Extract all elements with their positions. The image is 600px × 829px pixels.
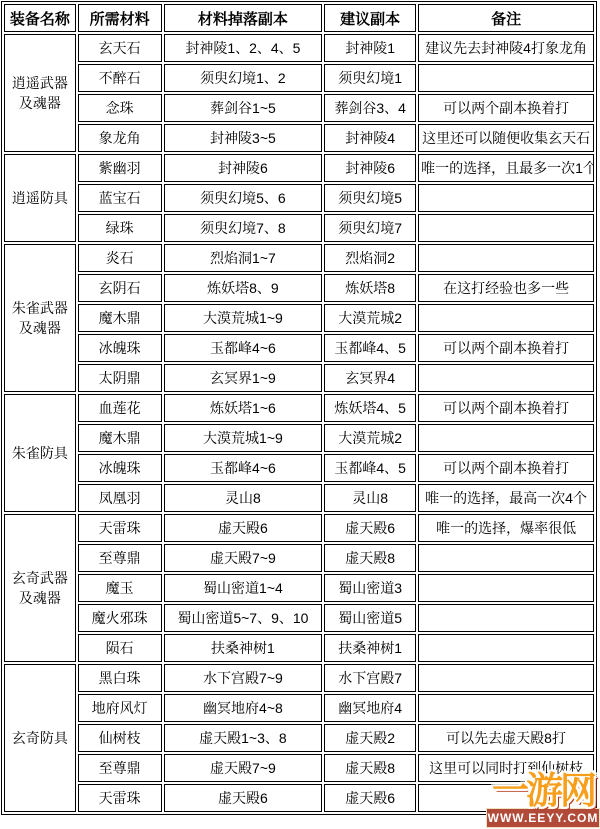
material-cell: 陨石	[78, 634, 162, 662]
table-row: 至尊鼎虚天殿7~9虚天殿8这里可以同时打到仙树枝	[4, 754, 594, 782]
table-row: 天雷珠虚天殿6虚天殿6	[4, 784, 594, 812]
suggested-dungeon-cell: 虚天殿2	[324, 724, 416, 752]
column-header: 所需材料	[78, 4, 162, 32]
material-cell: 炎石	[78, 244, 162, 272]
material-cell: 黑白珠	[78, 664, 162, 692]
table-row: 玄阴石炼妖塔8、9炼妖塔8在这打经验也多一些	[4, 274, 594, 302]
table-row: 念珠葬剑谷1~5葬剑谷3、4可以两个副本换着打	[4, 94, 594, 122]
table-row: 魔木鼎大漠荒城1~9大漠荒城2	[4, 424, 594, 452]
table-header: 装备名称所需材料材料掉落副本建议副本备注	[4, 4, 594, 32]
note-cell	[418, 64, 594, 92]
table-row: 不醉石须臾幻境1、2须臾幻境1	[4, 64, 594, 92]
table-row: 玄奇防具黑白珠水下宫殿7~9水下宫殿7	[4, 664, 594, 692]
note-cell: 唯一的选择，最高一次4个	[418, 484, 594, 512]
material-cell: 念珠	[78, 94, 162, 122]
equipment-group-cell: 玄奇武器及魂器	[4, 514, 76, 662]
note-cell: 可以两个副本换着打	[418, 454, 594, 482]
note-cell	[418, 544, 594, 572]
material-cell: 象龙角	[78, 124, 162, 152]
note-cell	[418, 784, 594, 812]
table-row: 仙树枝虚天殿1~3、8虚天殿2可以先去虚天殿8打	[4, 724, 594, 752]
suggested-dungeon-cell: 虚天殿6	[324, 514, 416, 542]
note-cell: 这里还可以随便收集玄天石	[418, 124, 594, 152]
note-cell: 在这打经验也多一些	[418, 274, 594, 302]
table-row: 地府风灯幽冥地府4~8幽冥地府4	[4, 694, 594, 722]
suggested-dungeon-cell: 玉都峰4、5	[324, 454, 416, 482]
table-row: 玄奇武器及魂器天雷珠虚天殿6虚天殿6唯一的选择，爆率很低	[4, 514, 594, 542]
note-cell	[418, 364, 594, 392]
drop-dungeon-cell: 蜀山密道5~7、9、10	[164, 604, 323, 632]
suggested-dungeon-cell: 虚天殿8	[324, 754, 416, 782]
drop-dungeon-cell: 虚天殿7~9	[164, 544, 323, 572]
material-cell: 魔木鼎	[78, 424, 162, 452]
note-cell	[418, 184, 594, 212]
drop-dungeon-cell: 玄冥界1~9	[164, 364, 323, 392]
note-cell: 唯一的选择，爆率很低	[418, 514, 594, 542]
drop-dungeon-cell: 封神陵1、2、4、5	[164, 34, 323, 62]
material-cell: 至尊鼎	[78, 544, 162, 572]
equipment-group-cell: 逍遥武器及魂器	[4, 34, 76, 152]
suggested-dungeon-cell: 须臾幻境5	[324, 184, 416, 212]
drop-dungeon-cell: 虚天殿1~3、8	[164, 724, 323, 752]
material-cell: 血莲花	[78, 394, 162, 422]
suggested-dungeon-cell: 须臾幻境1	[324, 64, 416, 92]
note-cell	[418, 424, 594, 452]
material-cell: 凤凰羽	[78, 484, 162, 512]
drop-dungeon-cell: 封神陵3~5	[164, 124, 323, 152]
equipment-group-cell: 逍遥防具	[4, 154, 76, 242]
suggested-dungeon-cell: 须臾幻境7	[324, 214, 416, 242]
table-row: 冰魄珠玉都峰4~6玉都峰4、5可以两个副本换着打	[4, 454, 594, 482]
note-cell	[418, 604, 594, 632]
note-cell: 这里可以同时打到仙树枝	[418, 754, 594, 782]
material-cell: 魔玉	[78, 574, 162, 602]
table-row: 逍遥武器及魂器玄天石封神陵1、2、4、5封神陵1建议先去封神陵4打象龙角	[4, 34, 594, 62]
material-cell: 冰魄珠	[78, 454, 162, 482]
material-cell: 太阴鼎	[78, 364, 162, 392]
drop-dungeon-cell: 葬剑谷1~5	[164, 94, 323, 122]
table-row: 蓝宝石须臾幻境5、6须臾幻境5	[4, 184, 594, 212]
drop-dungeon-cell: 须臾幻境7、8	[164, 214, 323, 242]
suggested-dungeon-cell: 葬剑谷3、4	[324, 94, 416, 122]
note-cell	[418, 664, 594, 692]
material-cell: 绿珠	[78, 214, 162, 242]
suggested-dungeon-cell: 蜀山密道5	[324, 604, 416, 632]
material-cell: 玄阴石	[78, 274, 162, 302]
suggested-dungeon-cell: 烈焰洞2	[324, 244, 416, 272]
drop-dungeon-cell: 烈焰洞1~7	[164, 244, 323, 272]
suggested-dungeon-cell: 水下宫殿7	[324, 664, 416, 692]
note-cell	[418, 214, 594, 242]
suggested-dungeon-cell: 炼妖塔8	[324, 274, 416, 302]
table-row: 朱雀武器及魂器炎石烈焰洞1~7烈焰洞2	[4, 244, 594, 272]
note-cell	[418, 304, 594, 332]
suggested-dungeon-cell: 封神陵6	[324, 154, 416, 182]
drop-dungeon-cell: 封神陵6	[164, 154, 323, 182]
material-cell: 玄天石	[78, 34, 162, 62]
table-row: 逍遥防具紫幽羽封神陵6封神陵6唯一的选择，且最多一次1个	[4, 154, 594, 182]
equipment-group-cell: 朱雀防具	[4, 394, 76, 512]
materials-table: 装备名称所需材料材料掉落副本建议副本备注 逍遥武器及魂器玄天石封神陵1、2、4、…	[1, 1, 597, 815]
drop-dungeon-cell: 幽冥地府4~8	[164, 694, 323, 722]
drop-dungeon-cell: 大漠荒城1~9	[164, 304, 323, 332]
suggested-dungeon-cell: 虚天殿8	[324, 544, 416, 572]
note-cell	[418, 694, 594, 722]
suggested-dungeon-cell: 幽冥地府4	[324, 694, 416, 722]
suggested-dungeon-cell: 封神陵4	[324, 124, 416, 152]
drop-dungeon-cell: 扶桑神树1	[164, 634, 323, 662]
header-row: 装备名称所需材料材料掉落副本建议副本备注	[4, 4, 594, 32]
drop-dungeon-cell: 炼妖塔1~6	[164, 394, 323, 422]
note-cell: 唯一的选择，且最多一次1个	[418, 154, 594, 182]
suggested-dungeon-cell: 玉都峰4、5	[324, 334, 416, 362]
drop-dungeon-cell: 蜀山密道1~4	[164, 574, 323, 602]
suggested-dungeon-cell: 大漠荒城2	[324, 424, 416, 452]
material-cell: 天雷珠	[78, 784, 162, 812]
equipment-group-cell: 朱雀武器及魂器	[4, 244, 76, 392]
table-row: 太阴鼎玄冥界1~9玄冥界4	[4, 364, 594, 392]
table-row: 朱雀防具血莲花炼妖塔1~6炼妖塔4、5可以两个副本换着打	[4, 394, 594, 422]
note-cell	[418, 574, 594, 602]
material-cell: 至尊鼎	[78, 754, 162, 782]
drop-dungeon-cell: 玉都峰4~6	[164, 334, 323, 362]
drop-dungeon-cell: 虚天殿6	[164, 784, 323, 812]
note-cell: 可以两个副本换着打	[418, 334, 594, 362]
table-row: 魔玉蜀山密道1~4蜀山密道3	[4, 574, 594, 602]
material-cell: 仙树枝	[78, 724, 162, 752]
note-cell: 可以先去虚天殿8打	[418, 724, 594, 752]
drop-dungeon-cell: 玉都峰4~6	[164, 454, 323, 482]
suggested-dungeon-cell: 虚天殿6	[324, 784, 416, 812]
note-cell	[418, 244, 594, 272]
suggested-dungeon-cell: 灵山8	[324, 484, 416, 512]
material-cell: 蓝宝石	[78, 184, 162, 212]
note-cell: 可以两个副本换着打	[418, 94, 594, 122]
material-cell: 魔木鼎	[78, 304, 162, 332]
note-cell	[418, 634, 594, 662]
suggested-dungeon-cell: 封神陵1	[324, 34, 416, 62]
table-row: 魔火邪珠蜀山密道5~7、9、10蜀山密道5	[4, 604, 594, 632]
material-cell: 天雷珠	[78, 514, 162, 542]
table-row: 凤凰羽灵山8灵山8唯一的选择，最高一次4个	[4, 484, 594, 512]
note-cell: 建议先去封神陵4打象龙角	[418, 34, 594, 62]
table-row: 陨石扶桑神树1扶桑神树1	[4, 634, 594, 662]
drop-dungeon-cell: 大漠荒城1~9	[164, 424, 323, 452]
page: 装备名称所需材料材料掉落副本建议副本备注 逍遥武器及魂器玄天石封神陵1、2、4、…	[0, 0, 600, 829]
table-row: 绿珠须臾幻境7、8须臾幻境7	[4, 214, 594, 242]
material-cell: 冰魄珠	[78, 334, 162, 362]
drop-dungeon-cell: 炼妖塔8、9	[164, 274, 323, 302]
table-row: 至尊鼎虚天殿7~9虚天殿8	[4, 544, 594, 572]
drop-dungeon-cell: 水下宫殿7~9	[164, 664, 323, 692]
column-header: 装备名称	[4, 4, 76, 32]
table-row: 象龙角封神陵3~5封神陵4这里还可以随便收集玄天石	[4, 124, 594, 152]
column-header: 建议副本	[324, 4, 416, 32]
drop-dungeon-cell: 须臾幻境5、6	[164, 184, 323, 212]
material-cell: 紫幽羽	[78, 154, 162, 182]
material-cell: 魔火邪珠	[78, 604, 162, 632]
equipment-group-cell: 玄奇防具	[4, 664, 76, 812]
note-cell: 可以两个副本换着打	[418, 394, 594, 422]
drop-dungeon-cell: 虚天殿7~9	[164, 754, 323, 782]
suggested-dungeon-cell: 蜀山密道3	[324, 574, 416, 602]
suggested-dungeon-cell: 扶桑神树1	[324, 634, 416, 662]
suggested-dungeon-cell: 玄冥界4	[324, 364, 416, 392]
table-row: 魔木鼎大漠荒城1~9大漠荒城2	[4, 304, 594, 332]
column-header: 材料掉落副本	[164, 4, 323, 32]
suggested-dungeon-cell: 炼妖塔4、5	[324, 394, 416, 422]
drop-dungeon-cell: 须臾幻境1、2	[164, 64, 323, 92]
suggested-dungeon-cell: 大漠荒城2	[324, 304, 416, 332]
column-header: 备注	[418, 4, 594, 32]
material-cell: 不醉石	[78, 64, 162, 92]
drop-dungeon-cell: 灵山8	[164, 484, 323, 512]
drop-dungeon-cell: 虚天殿6	[164, 514, 323, 542]
material-cell: 地府风灯	[78, 694, 162, 722]
table-row: 冰魄珠玉都峰4~6玉都峰4、5可以两个副本换着打	[4, 334, 594, 362]
